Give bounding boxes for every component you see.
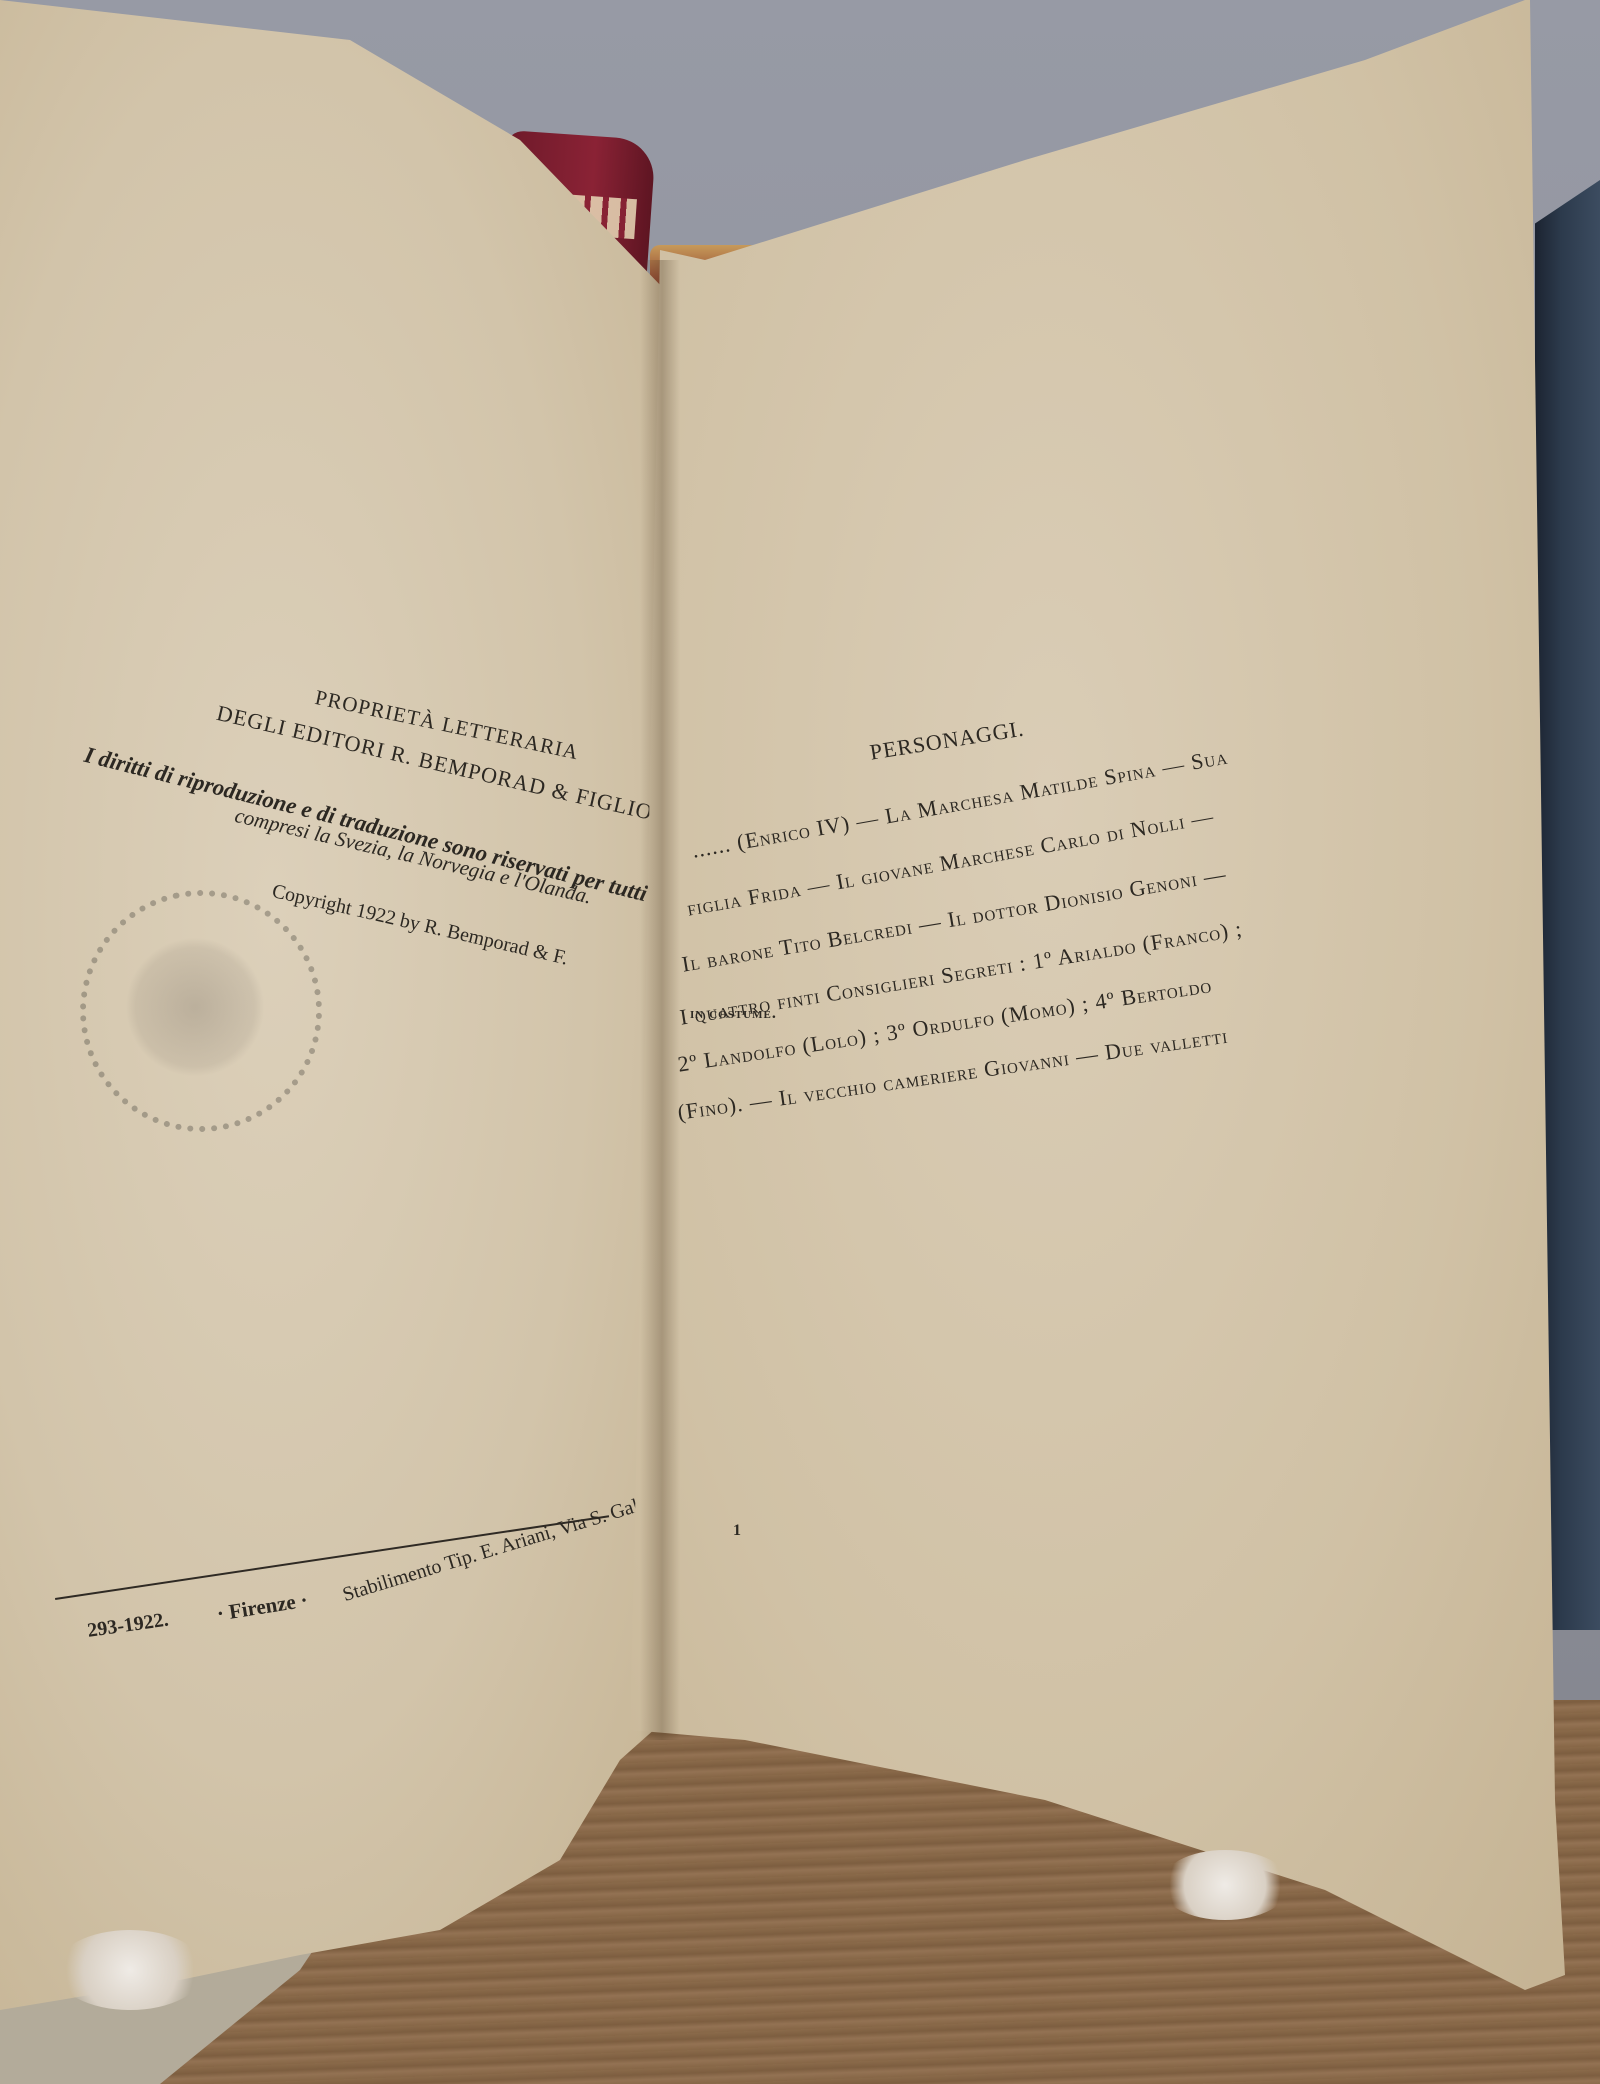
book-gutter — [640, 260, 680, 1740]
signature-mark: 1 — [733, 1522, 741, 1540]
paper-stain — [55, 1930, 205, 2010]
cast-line: in costume. — [690, 1005, 777, 1023]
book-photo: PROPRIETÀ LETTERARIA DEGLI EDITORI R. BE… — [0, 0, 1600, 2084]
paper-stain — [1160, 1850, 1290, 1920]
